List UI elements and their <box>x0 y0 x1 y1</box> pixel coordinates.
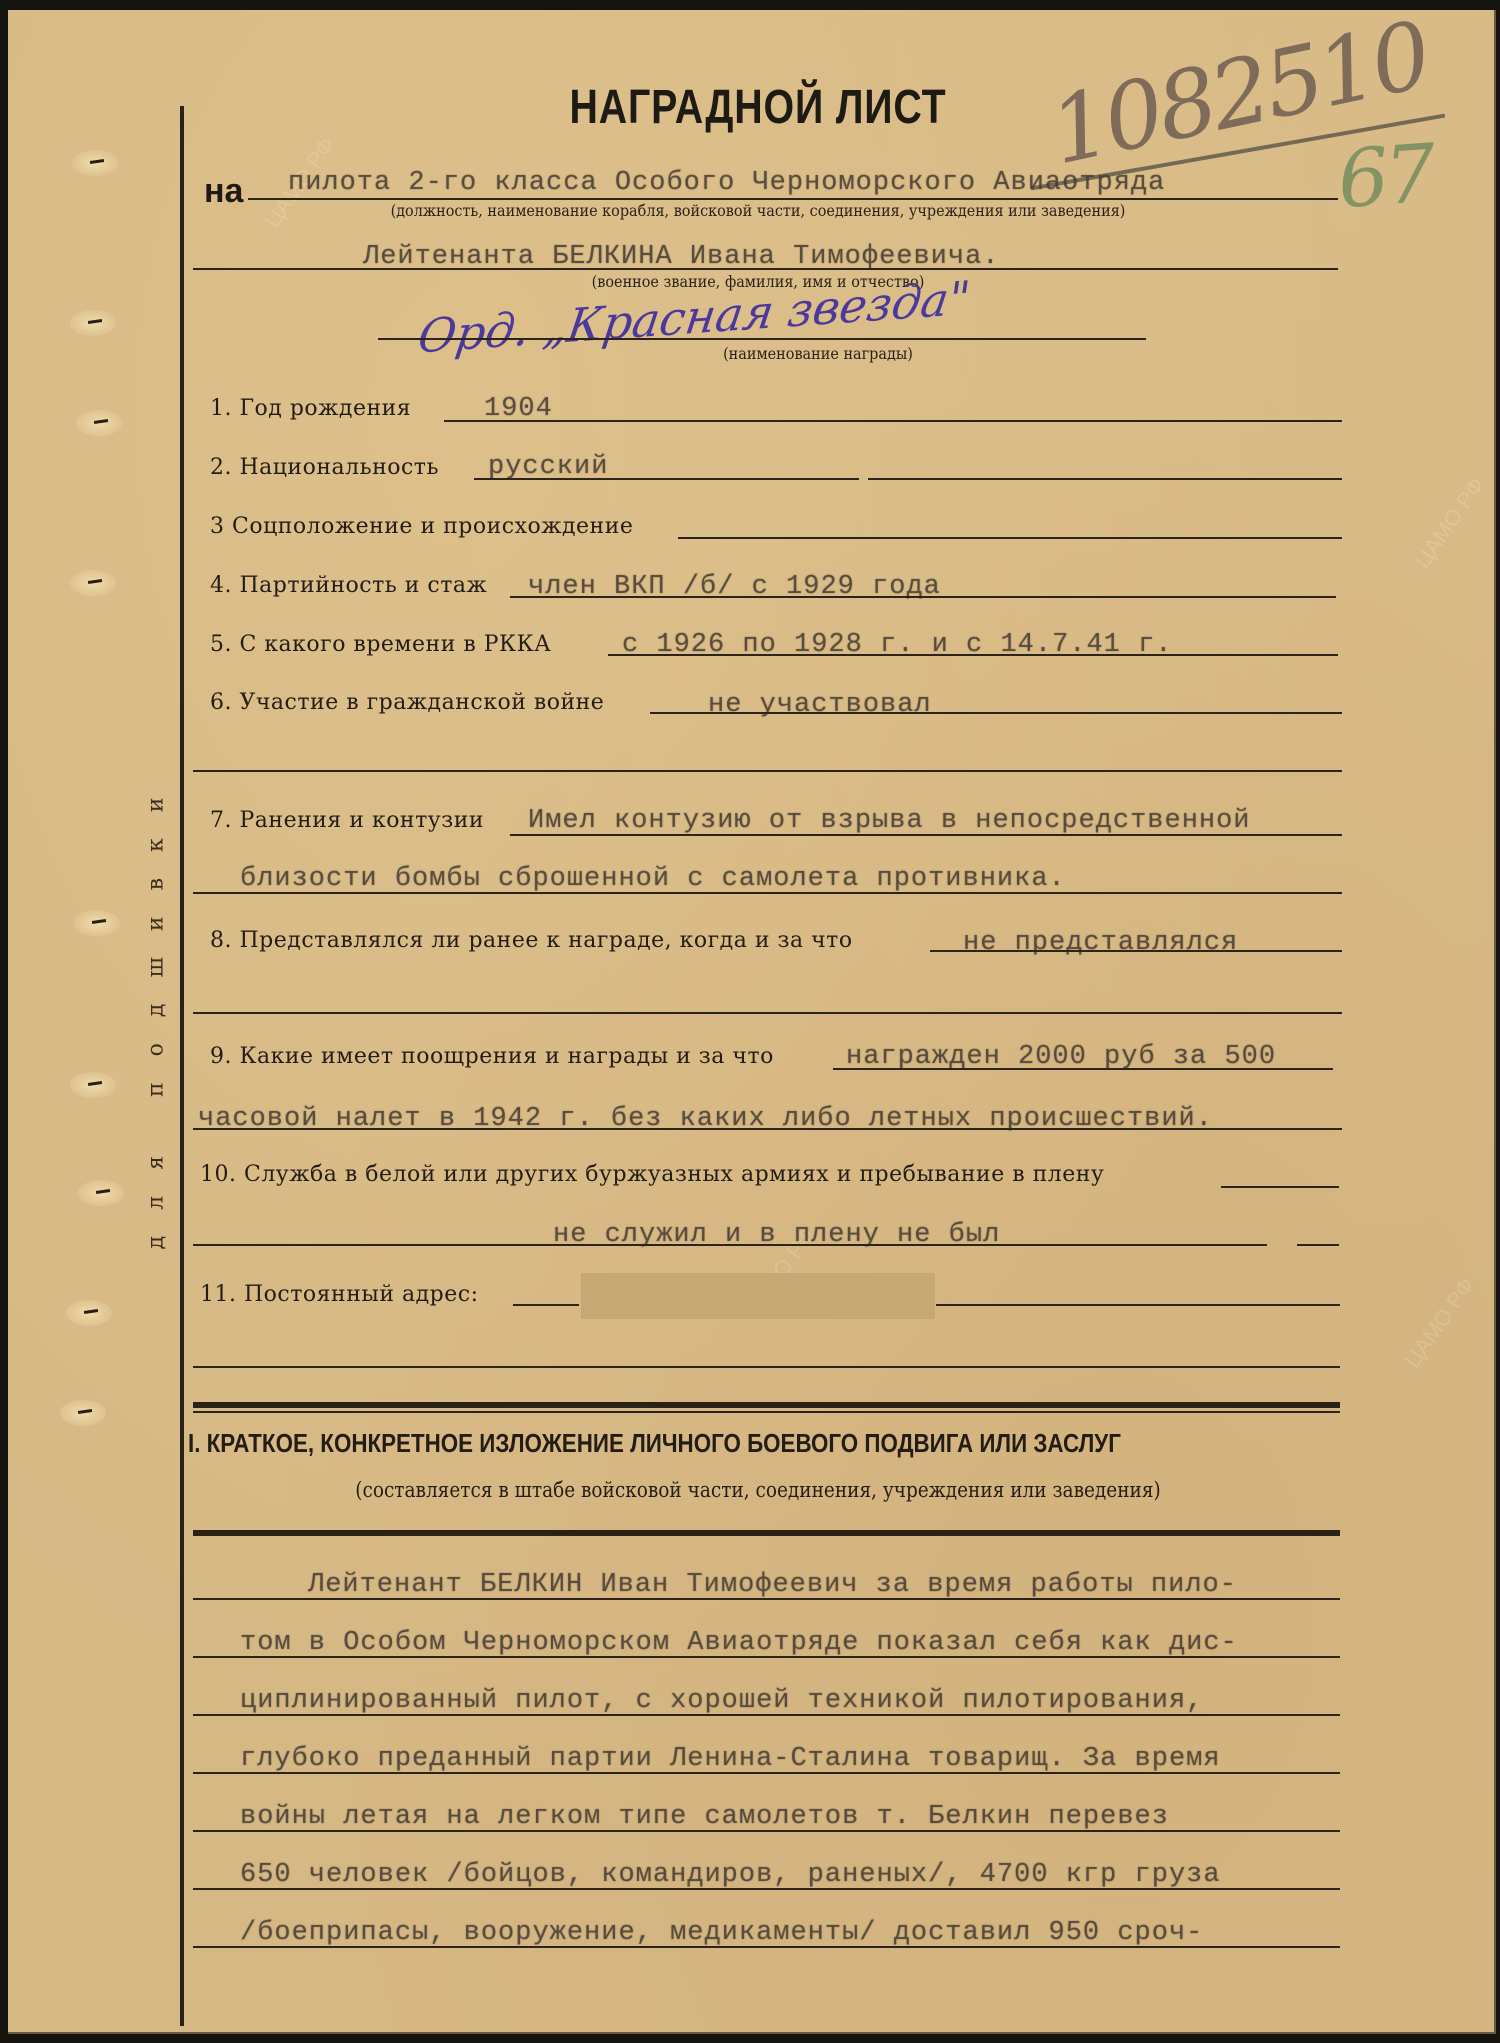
narrative-rule <box>193 1946 1340 1948</box>
field-label-birth-year: 1. Год рождения <box>210 396 411 421</box>
position-value: пилота 2-го класса Особого Черноморского… <box>288 168 1165 198</box>
field-line <box>650 712 1342 714</box>
narrative-line: том в Особом Черноморском Авиаотряде пок… <box>240 1628 1238 1658</box>
narrative-rule <box>193 1714 1340 1716</box>
narrative-line: Лейтенант БЕЛКИН Иван Тимофеевич за врем… <box>308 1570 1237 1600</box>
rank-name-line <box>193 268 1338 270</box>
narrative-line: /боеприпасы, вооружение, медикаменты/ до… <box>240 1918 1203 1948</box>
binding-label-text: для подшивки <box>144 771 169 1249</box>
field-label-prior-awards-nomination: 8. Представлялся ли ранее к награде, ког… <box>210 928 853 953</box>
field-label-address: 11. Постоянный адрес: <box>200 1282 479 1307</box>
field-label-white-army-captivity: 10. Служба в белой или других буржуазных… <box>200 1162 1104 1187</box>
field-line <box>833 1068 1333 1070</box>
field-value-civil-war: не участвовал <box>708 690 932 720</box>
binding-margin-rule <box>180 106 184 2026</box>
award-line <box>378 338 1146 340</box>
narrative-line: войны летая на легком типе самолетов т. … <box>240 1802 1169 1832</box>
section-double-rule <box>193 1411 1340 1413</box>
position-caption: (должность, наименование корабля, войско… <box>83 201 1433 220</box>
narrative-rule <box>193 1598 1340 1600</box>
field-label-civil-war: 6. Участие в гражданской войне <box>210 690 604 715</box>
narrative-line: глубоко преданный партии Ленина-Сталина … <box>240 1744 1221 1774</box>
field-label-nationality: 2. Национальность <box>210 455 439 480</box>
watermark: ЦАМО РФ <box>1399 1273 1480 1373</box>
narrative-line: 650 человек /бойцов, командиров, раненых… <box>240 1860 1221 1890</box>
punch-hole-icon <box>72 150 118 176</box>
field-line <box>930 950 1342 952</box>
field-line <box>1297 1244 1339 1246</box>
field-line <box>193 1012 1342 1014</box>
field-label-social-origin: 3 Соцположение и происхождение <box>210 514 633 539</box>
field-line <box>608 654 1338 656</box>
section-double-rule <box>193 1402 1340 1408</box>
watermark: ЦАМО РФ <box>1409 473 1490 573</box>
punch-hole-icon <box>60 1400 106 1426</box>
field-label-wounds: 7. Ранения и контузии <box>210 808 484 833</box>
narrative-rule <box>193 1772 1340 1774</box>
punch-hole-icon <box>70 570 116 596</box>
binding-margin-label: для подшивки <box>136 660 176 1360</box>
redacted-address-block <box>581 1273 935 1319</box>
field-line <box>1221 1186 1339 1188</box>
field-line <box>868 478 1342 480</box>
punch-hole-icon <box>70 310 116 336</box>
section-subheading: (составляется в штабе войсковой части, с… <box>98 1478 1418 1502</box>
punch-hole-icon <box>76 410 122 436</box>
section-rule <box>193 1530 1340 1536</box>
field-line <box>193 1366 1340 1368</box>
punch-hole-icon <box>70 1072 116 1098</box>
field-label-party: 4. Партийность и стаж <box>210 573 487 598</box>
field-label-incentives: 9. Какие имеет поощрения и награды и за … <box>210 1044 774 1069</box>
field-line <box>193 1244 1267 1246</box>
field-line <box>510 596 1336 598</box>
narrative-rule <box>193 1656 1340 1658</box>
field-line <box>193 770 1342 772</box>
field-line <box>510 834 1342 836</box>
field-line <box>936 1304 1340 1306</box>
field-value-wounds-cont: близости бомбы сброшенной с самолета про… <box>240 864 1066 894</box>
punch-hole-icon <box>78 1180 124 1206</box>
narrative-rule <box>193 1830 1340 1832</box>
award-caption: (наименование награды) <box>143 344 1493 363</box>
field-line <box>513 1304 579 1306</box>
field-line <box>444 420 1342 422</box>
award-sheet-page: для подшивки ЦАМО РФ ЦАМО РФ ЦАМО РФ ЦАМ… <box>8 10 1496 2034</box>
position-line <box>248 198 1338 200</box>
narrative-line: циплинированный пилот, с хорошей технико… <box>240 1686 1203 1716</box>
field-value-prior-awards-nomination: не представлялся <box>963 928 1238 958</box>
field-label-rkka-since: 5. С какого времени в РККА <box>210 632 551 657</box>
punch-hole-icon <box>74 910 120 936</box>
field-line <box>474 478 859 480</box>
section-heading: I. КРАТКОЕ, КОНКРЕТНОЕ ИЗЛОЖЕНИЕ ЛИЧНОГО… <box>188 1428 1323 1459</box>
punch-hole-icon <box>66 1300 112 1326</box>
field-line <box>193 892 1342 894</box>
field-line <box>193 1128 1342 1130</box>
field-line <box>678 537 1342 539</box>
narrative-rule <box>193 1888 1340 1890</box>
field-value-wounds: Имел контузию от взрыва в непосредственн… <box>528 806 1251 836</box>
